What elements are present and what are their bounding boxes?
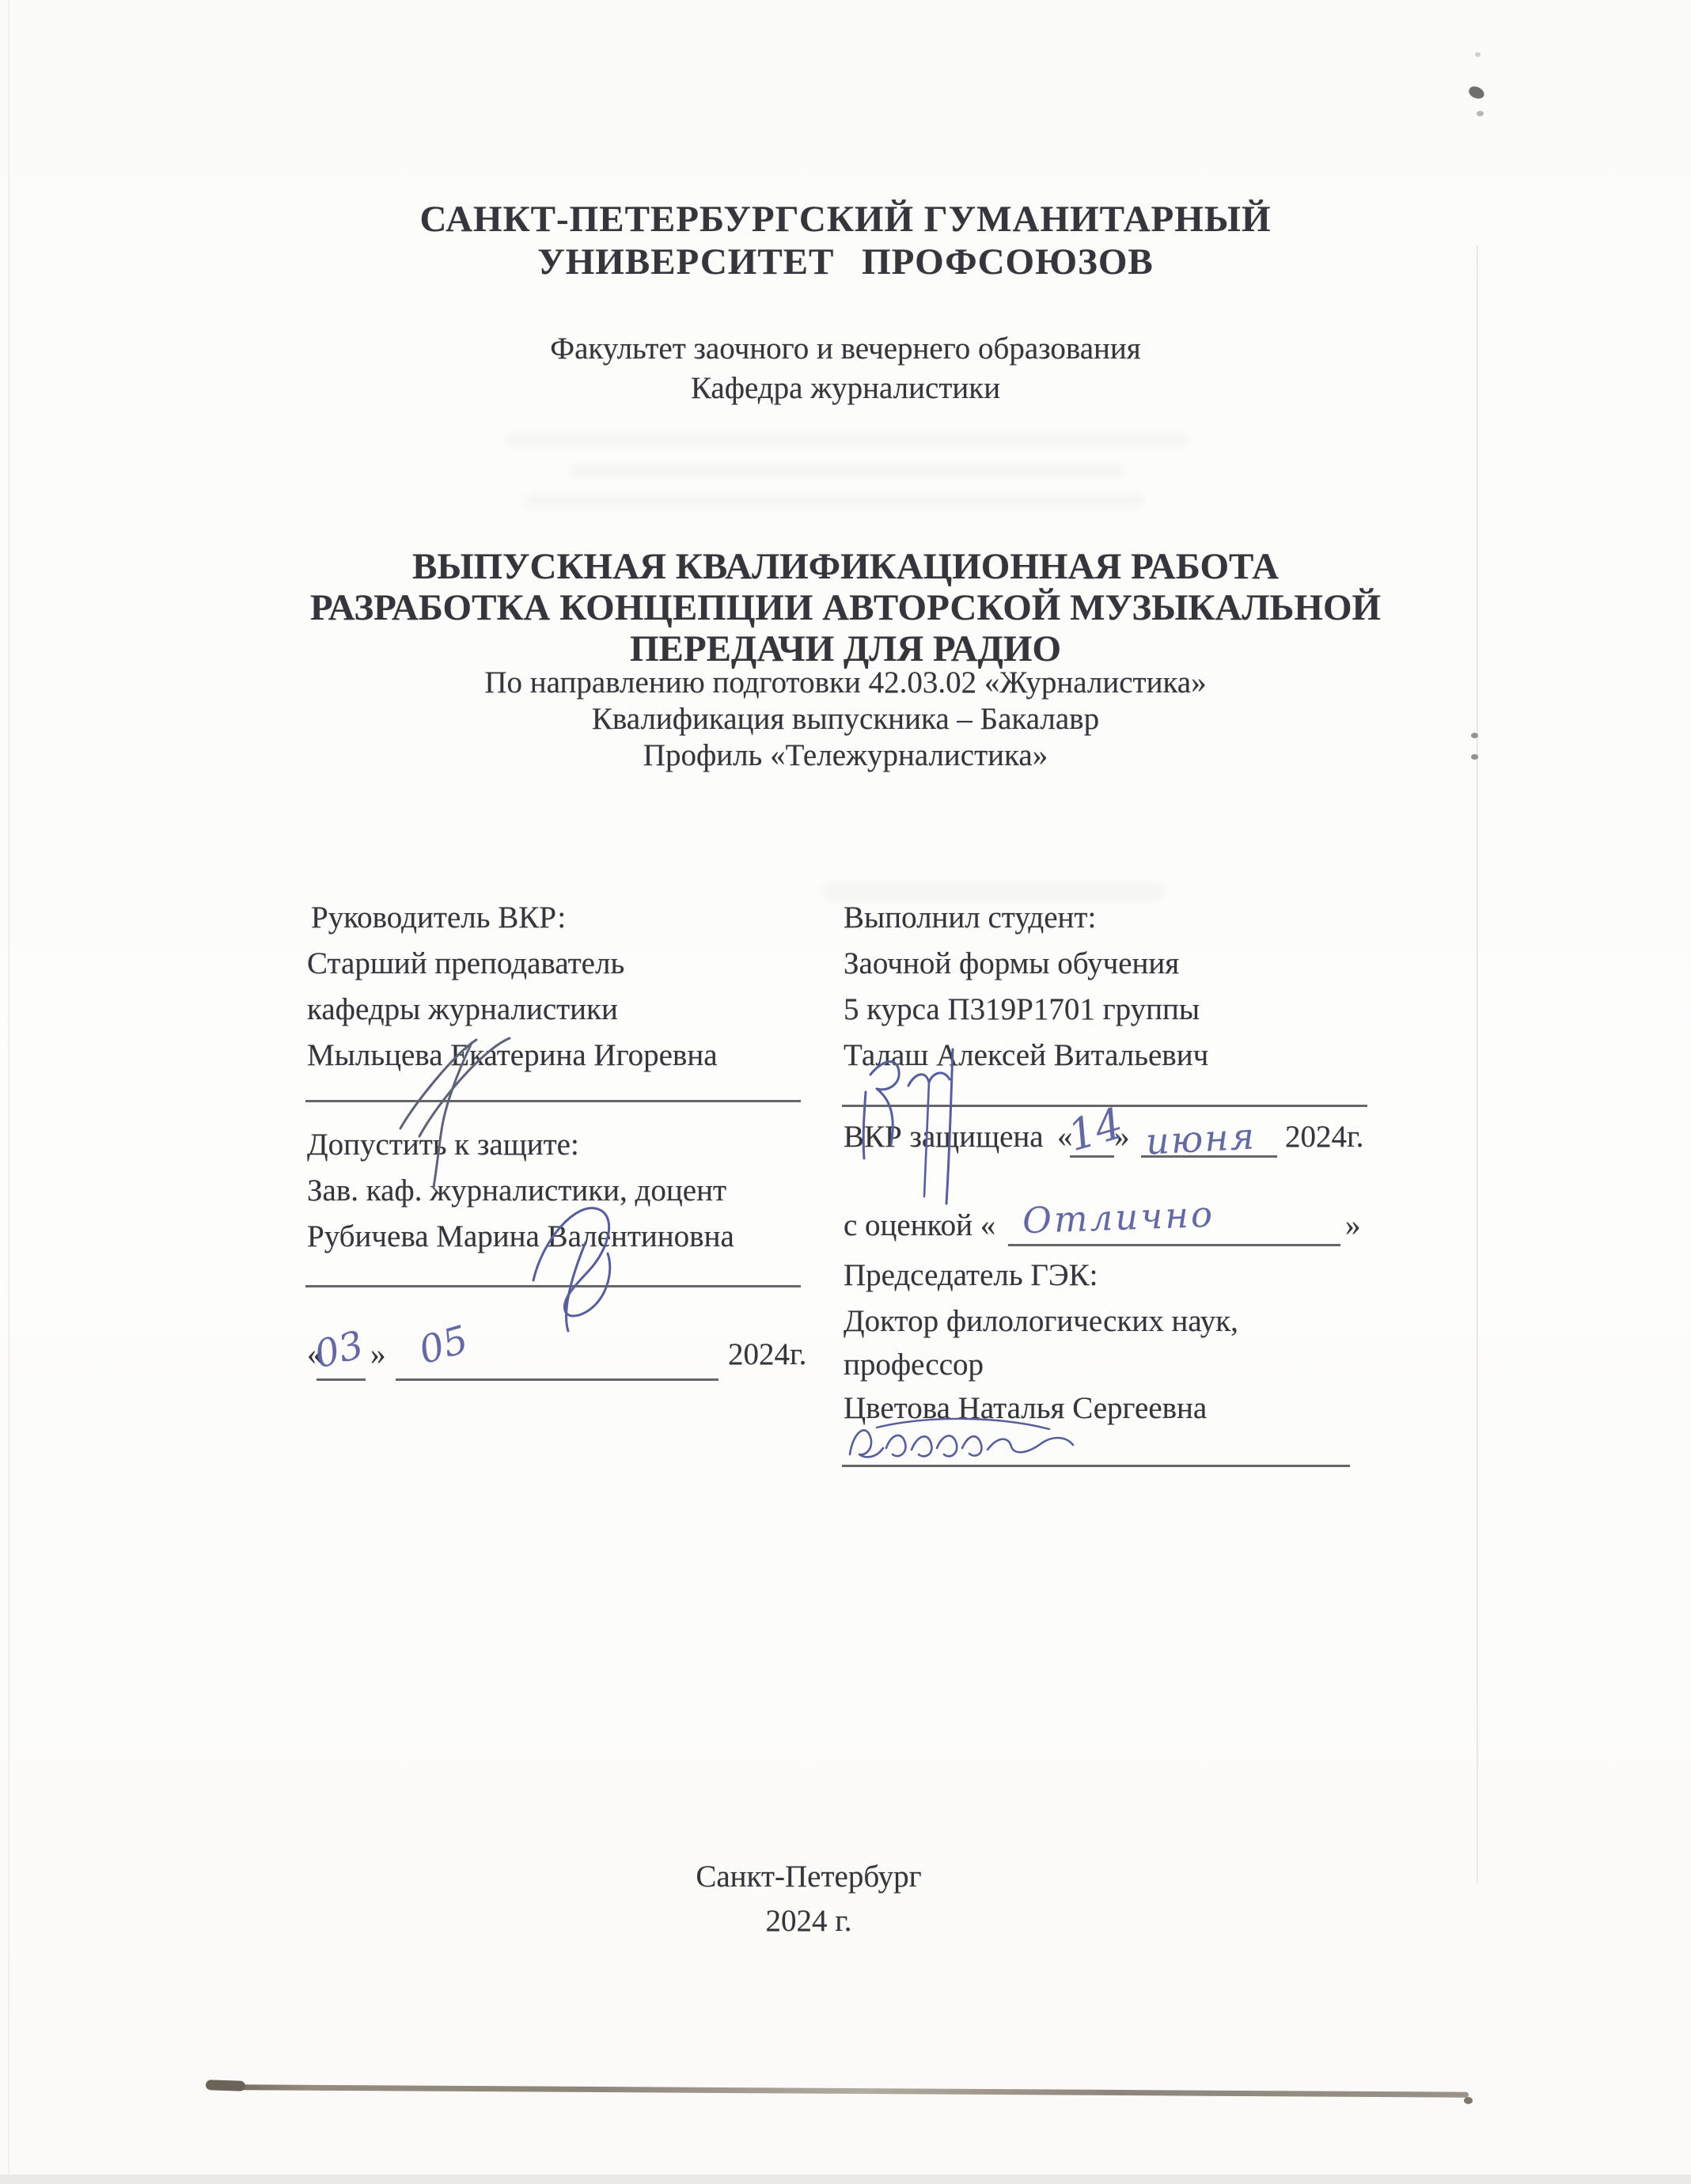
bleedthrough-smudge xyxy=(823,883,1163,901)
scanner-background-strip xyxy=(0,2175,1691,2184)
admit-date-year: 2024г. xyxy=(728,1337,806,1373)
admit-date-day-line xyxy=(317,1378,366,1381)
student-signature xyxy=(856,1041,975,1215)
paper-bottom-edge-dot xyxy=(1464,2097,1473,2104)
admit-date-close-quote: » xyxy=(370,1337,386,1373)
chairman-degree: Доктор филологических наук, xyxy=(844,1303,1238,1340)
chairman-label: Председатель ГЭК: xyxy=(844,1257,1098,1294)
bleedthrough-smudge xyxy=(570,465,1124,476)
university-line-2: УНИВЕРСИТЕТ ПРОФСОЮЗОВ xyxy=(261,241,1430,283)
supervisor-label: Руководитель ВКР: xyxy=(311,900,566,936)
scan-speck xyxy=(1467,85,1485,100)
handwritten-grade: Отлично xyxy=(1022,1193,1215,1242)
student-label: Выполнил студент: xyxy=(844,900,1096,936)
handwritten-admit-day: 03 xyxy=(310,1322,368,1377)
qualification-line: Квалификация выпускника – Бакалавр xyxy=(261,701,1430,737)
supervisor-position-line2: кафедры журналистики xyxy=(307,992,618,1028)
student-group: 5 курса П319Р1701 группы xyxy=(844,992,1200,1028)
thesis-title-line-3: ПЕРЕДАЧИ ДЛЯ РАДИО xyxy=(261,628,1430,669)
scan-speck xyxy=(1471,733,1478,738)
footer-year: 2024 г. xyxy=(255,1899,1363,1943)
profile-line: Профиль «Тележурналистика» xyxy=(261,737,1430,774)
scan-speck xyxy=(1477,111,1484,116)
paper-bottom-edge xyxy=(209,2084,1469,2098)
paper-right-edge xyxy=(1477,245,1478,1883)
chairman-signature xyxy=(842,1413,1087,1477)
grade-close-quote: » xyxy=(1345,1208,1361,1244)
head-signature xyxy=(516,1195,635,1341)
scan-speck xyxy=(1475,52,1481,57)
handwritten-admit-month: 05 xyxy=(414,1318,472,1374)
university-name: САНКТ-ПЕТЕРБУРГСКИЙ ГУМАНИТАРНЫЙ УНИВЕРС… xyxy=(261,198,1430,283)
supervisor-position-line1: Старший преподаватель xyxy=(307,946,624,982)
bleedthrough-smudge xyxy=(525,495,1143,506)
department-line: Кафедра журналистики xyxy=(261,369,1430,408)
chairman-position: профессор xyxy=(844,1347,984,1383)
faculty-department-block: Факультет заочного и вечернего образован… xyxy=(261,329,1430,408)
paper-left-edge xyxy=(8,0,9,2184)
footer-block: Санкт-Петербург 2024 г. xyxy=(255,1855,1363,1943)
admit-date-month-line xyxy=(396,1378,718,1381)
thesis-title: ВЫПУСКНАЯ КВАЛИФИКАЦИОННАЯ РАБОТА РАЗРАБ… xyxy=(261,546,1430,669)
thesis-title-line-2: РАЗРАБОТКА КОНЦЕПЦИИ АВТОРСКОЙ МУЗЫКАЛЬН… xyxy=(261,587,1430,628)
handwritten-defended-month: июня xyxy=(1145,1114,1257,1162)
grade-line xyxy=(1008,1244,1340,1246)
faculty-line: Факультет заочного и вечернего образован… xyxy=(261,329,1430,369)
supervisor-signature xyxy=(378,1035,544,1197)
footer-city: Санкт-Петербург xyxy=(255,1855,1363,1899)
thesis-title-line-1: ВЫПУСКНАЯ КВАЛИФИКАЦИОННАЯ РАБОТА xyxy=(261,546,1430,587)
defended-year: 2024г. xyxy=(1285,1119,1363,1155)
student-form: Заочной формы обучения xyxy=(844,946,1179,982)
thesis-details: По направлению подготовки 42.03.02 «Журн… xyxy=(261,665,1430,774)
direction-line: По направлению подготовки 42.03.02 «Журн… xyxy=(261,665,1430,701)
paper-bottom-edge-blob xyxy=(206,2080,245,2091)
scan-speck xyxy=(1471,754,1478,760)
university-line-1: САНКТ-ПЕТЕРБУРГСКИЙ ГУМАНИТАРНЫЙ xyxy=(261,198,1430,241)
scanned-title-page: САНКТ-ПЕТЕРБУРГСКИЙ ГУМАНИТАРНЫЙ УНИВЕРС… xyxy=(0,0,1691,2184)
bleedthrough-smudge xyxy=(506,434,1187,446)
